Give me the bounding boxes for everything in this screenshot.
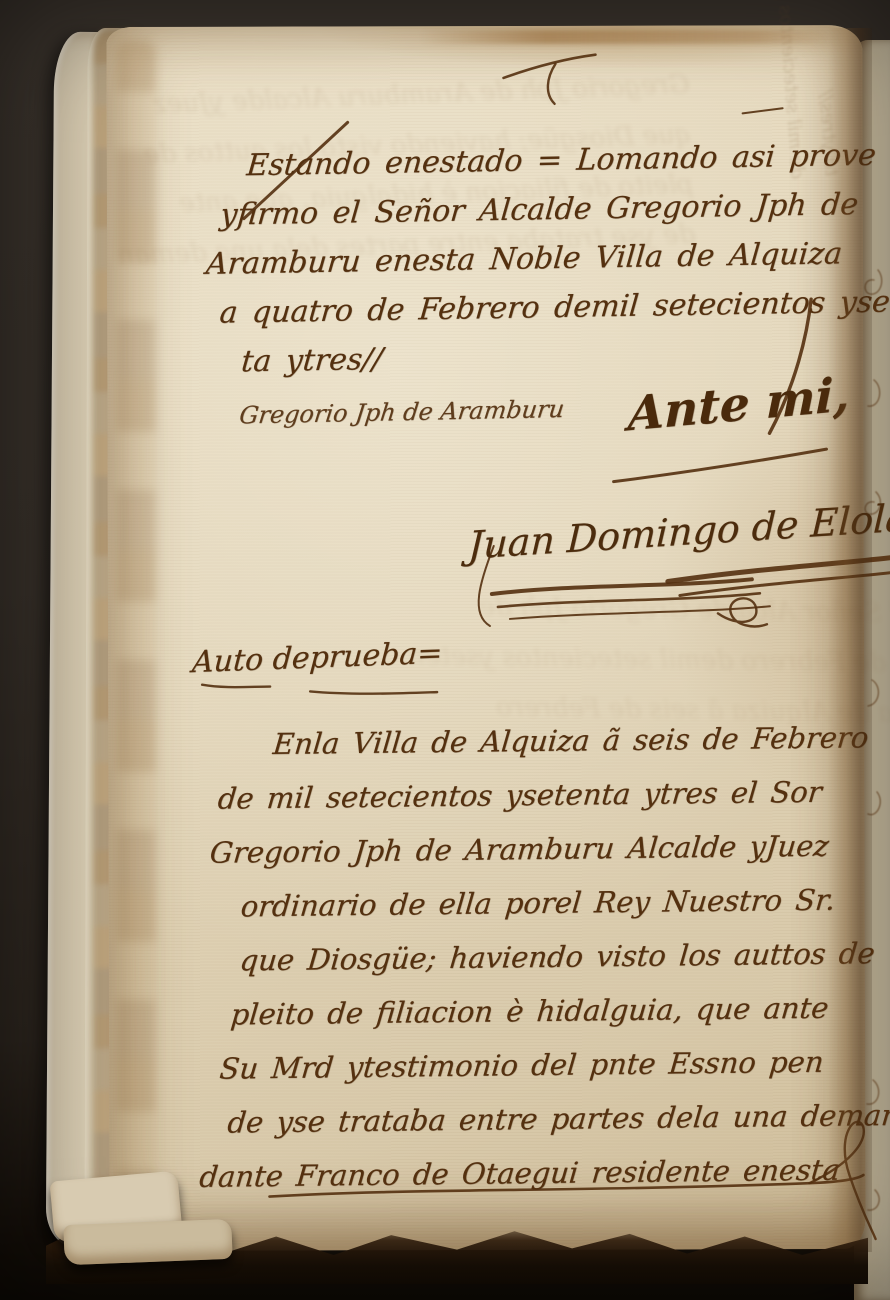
manuscript-line: de mil setecientos ysetenta ytres el Sor: [216, 764, 890, 826]
order-paragraph: Estando enestado = Lomando asi prove yfi…: [195, 129, 890, 387]
manuscript-line: dante Franco de Otaegui residente enesta: [197, 1142, 890, 1204]
rubric-flourish: [498, 593, 760, 607]
manuscript-line: de yse trataba entre partes dela una dem…: [225, 1088, 890, 1150]
manuscript-page: Gregorio Jph de Aramburu Alcalde yJuez q…: [106, 25, 865, 1251]
manuscript-photo: Gregorio Jph de Aramburu Alcalde yJuez q…: [0, 0, 890, 1300]
manuscript-line: que Diosgüe; haviendo visto los auttos d…: [237, 926, 890, 988]
page-left-edge-stains: [116, 40, 156, 1230]
manuscript-line: Enla Villa de Alquiza ã seis de Febrero: [271, 709, 890, 771]
manuscript-line: Gregorio Jph de Aramburu Alcalde yJuez: [207, 818, 890, 880]
margin-dash-mark: [743, 108, 783, 113]
manuscript-line: ordinario de ella porel Rey Nuestro Sr.: [238, 872, 890, 934]
rubric-loop: [718, 598, 767, 626]
manuscript-line: pleito de filiacion è hidalguia, que ant…: [228, 980, 890, 1042]
auto-paragraph: Enla Villa de Alquiza ã seis de Febrero …: [177, 709, 890, 1204]
heading-underline: [310, 691, 437, 694]
attestation-flourish: [614, 449, 827, 482]
bottom-corner-sheet: [63, 1219, 232, 1265]
heading-underline: [202, 685, 270, 688]
manuscript-line: Su Mrd ytestimonio del pnte Essno pen: [217, 1034, 890, 1096]
rubric-flourish: [668, 557, 890, 582]
top-cross-mark: [548, 64, 556, 104]
top-edge-stain: [420, 30, 840, 44]
